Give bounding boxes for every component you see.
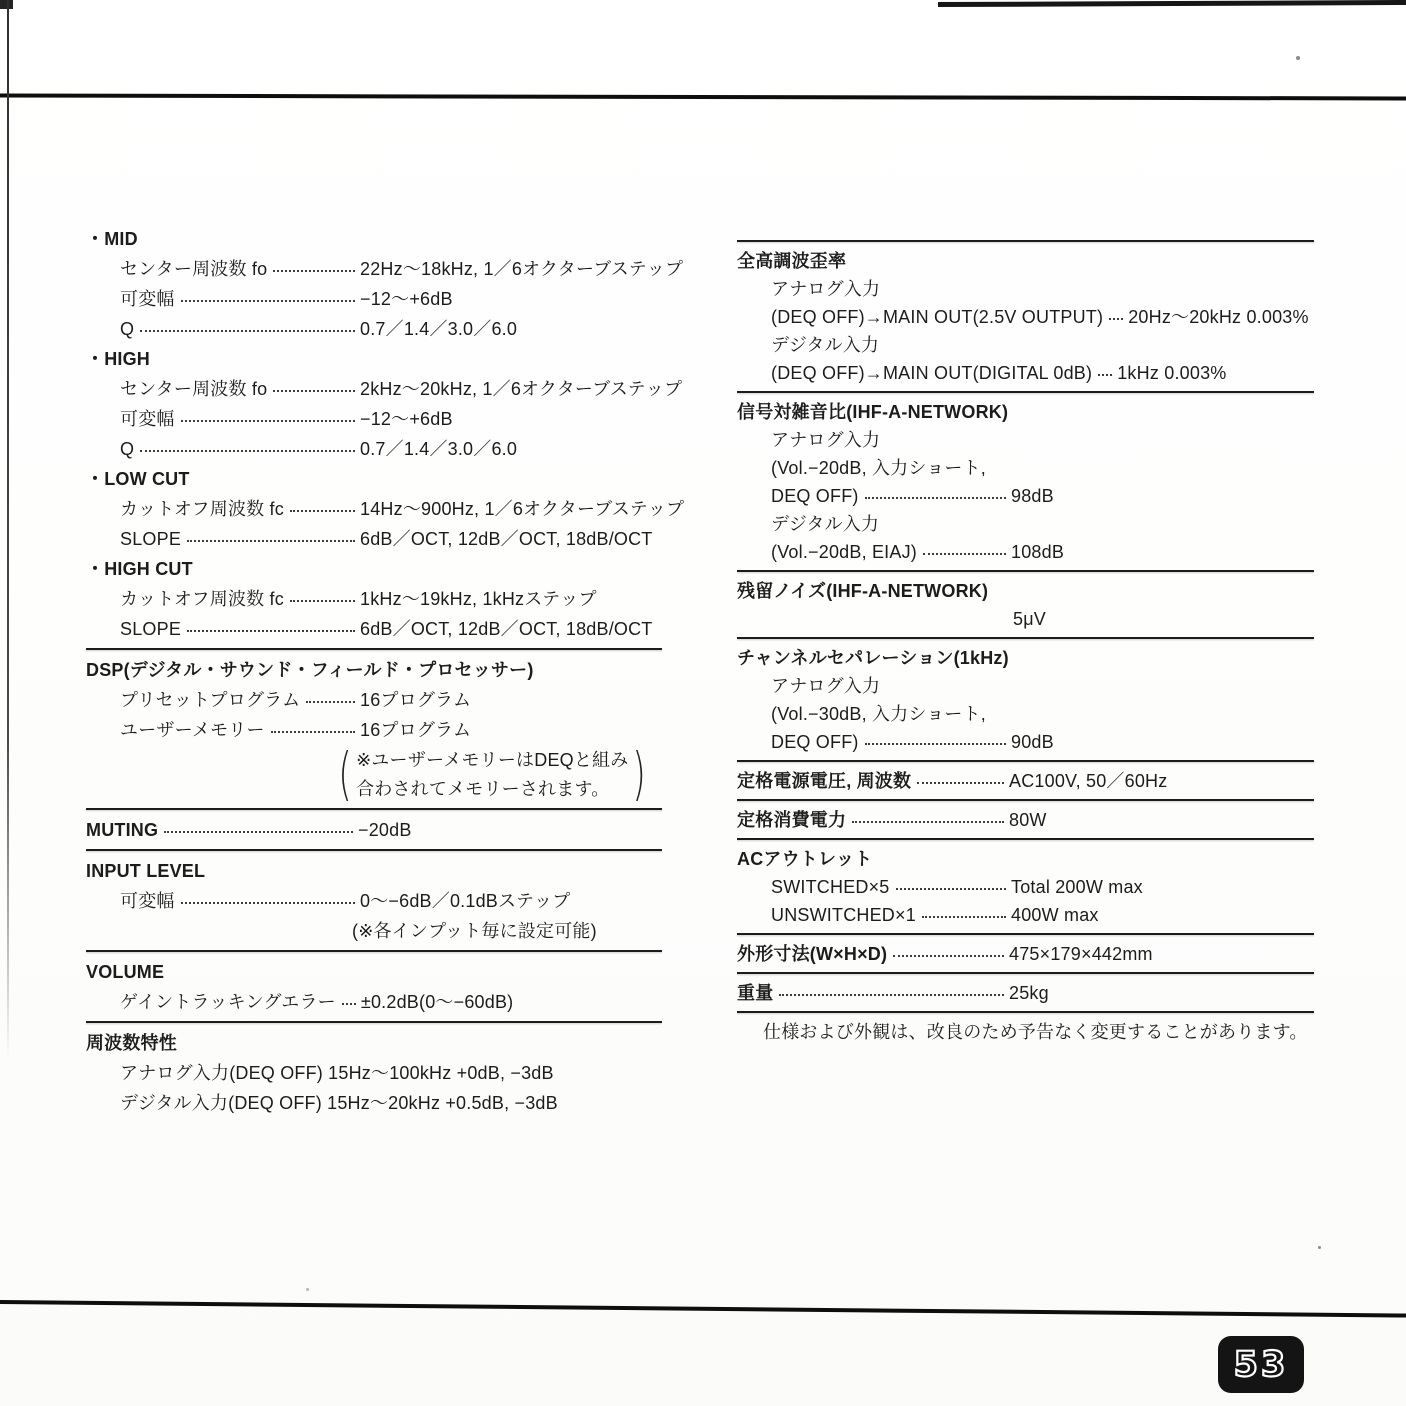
spec-note-row: (※各インプット毎に設定可能) bbox=[86, 916, 662, 946]
spec-label: (DEQ OFF)→MAIN OUT(2.5V OUTPUT) bbox=[771, 303, 1103, 331]
section-divider bbox=[737, 972, 1314, 974]
spec-text-row: (Vol.−20dB, 入力ショート, bbox=[737, 454, 1314, 482]
spec-page: ・MIDセンター周波数 fo22Hz〜18kHz, 1／6オクターブステップ可変… bbox=[0, 0, 1406, 1406]
section-heading: 全高調波歪率 bbox=[737, 247, 1314, 275]
page-number-badge: 53 bbox=[1218, 1336, 1304, 1393]
spec-row: センター周波数 fo22Hz〜18kHz, 1／6オクターブステップ bbox=[86, 254, 662, 284]
spec-value: 2kHz〜20kHz, 1／6オクターブステップ bbox=[360, 374, 682, 404]
spec-value: 16プログラム bbox=[360, 715, 471, 745]
spec-label-box: センター周波数 fo bbox=[120, 254, 360, 284]
paren-note-lines: ※ユーザーメモリーはDEQと組み合わされてメモリーされます。 bbox=[356, 746, 628, 804]
dot-leader bbox=[290, 600, 355, 602]
section-heading: 外形寸法(W×H×D) bbox=[737, 940, 887, 968]
section-heading-row: MUTING−20dB bbox=[86, 815, 662, 845]
section-divider bbox=[86, 849, 662, 851]
spec-label: UNSWITCHED×1 bbox=[771, 901, 916, 929]
dot-leader bbox=[273, 270, 355, 272]
heading-label: MUTING bbox=[86, 815, 358, 845]
spec-value: 0〜−6dB／0.1dBステップ bbox=[360, 886, 570, 916]
close-paren: ) bbox=[633, 746, 647, 803]
spec-label-box: (DEQ OFF)→MAIN OUT(2.5V OUTPUT) bbox=[771, 303, 1128, 331]
section-heading-row: 重量25kg bbox=[737, 979, 1314, 1007]
spec-text: アナログ入力(DEQ OFF) 15Hz〜100kHz +0dB, −3dB bbox=[120, 1058, 554, 1088]
heading-label: 定格消費電力 bbox=[737, 806, 1009, 834]
dot-leader bbox=[140, 450, 355, 452]
spec-value: 5μV bbox=[1013, 605, 1046, 633]
spec-note: (※各インプット毎に設定可能) bbox=[352, 916, 597, 946]
spec-value: 20Hz〜20kHz 0.003% bbox=[1128, 303, 1309, 331]
paren-note: (※ユーザーメモリーはDEQと組み合わされてメモリーされます。) bbox=[334, 746, 662, 804]
spec-row: UNSWITCHED×1400W max bbox=[737, 901, 1314, 929]
spec-row: カットオフ周波数 fc1kHz〜19kHz, 1kHzステップ bbox=[86, 584, 662, 614]
section-divider bbox=[737, 1011, 1314, 1013]
spec-value: 22Hz〜18kHz, 1／6オクターブステップ bbox=[360, 254, 683, 284]
left-column: ・MIDセンター周波数 fo22Hz〜18kHz, 1／6オクターブステップ可変… bbox=[86, 224, 662, 1118]
spec-label: SLOPE bbox=[120, 524, 181, 554]
section-heading: 定格消費電力 bbox=[737, 806, 846, 834]
spec-value: 108dB bbox=[1011, 538, 1064, 566]
spec-offset-row: 5μV bbox=[737, 605, 1314, 633]
spec-label-box: Q bbox=[120, 434, 360, 464]
spec-value: 25kg bbox=[1009, 979, 1049, 1007]
heading-label: 重量 bbox=[737, 979, 1009, 1007]
spec-label-box: ユーザーメモリー bbox=[120, 715, 360, 745]
spec-row: ユーザーメモリー16プログラム bbox=[86, 715, 662, 745]
dot-leader bbox=[865, 743, 1006, 745]
spec-label: プリセットプログラム bbox=[120, 685, 300, 715]
spec-row: (DEQ OFF)→MAIN OUT(2.5V OUTPUT)20Hz〜20kH… bbox=[737, 303, 1314, 331]
spec-label: SWITCHED×5 bbox=[771, 873, 890, 901]
spec-value: 0.7／1.4／3.0／6.0 bbox=[360, 434, 517, 464]
spec-label-box: SLOPE bbox=[120, 524, 360, 554]
spec-label-box: SWITCHED×5 bbox=[771, 873, 1011, 901]
spec-value: ±0.2dB(0〜−60dB) bbox=[361, 987, 513, 1017]
spec-label-box: カットオフ周波数 fc bbox=[120, 494, 360, 524]
spec-label-box: Q bbox=[120, 314, 360, 344]
spec-text-row: (Vol.−30dB, 入力ショート, bbox=[737, 700, 1314, 728]
spec-label: センター周波数 fo bbox=[120, 254, 267, 284]
page-number: 53 bbox=[1234, 1345, 1289, 1385]
section-divider bbox=[86, 648, 662, 650]
section-heading-row: 定格電源電圧, 周波数AC100V, 50／60Hz bbox=[737, 767, 1314, 795]
spec-label: カットオフ周波数 fc bbox=[120, 584, 284, 614]
spec-text-row: アナログ入力 bbox=[737, 672, 1314, 700]
footer-note: 仕様および外観は、改良のため予告なく変更することがあります。 bbox=[737, 1018, 1314, 1046]
spec-value: AC100V, 50／60Hz bbox=[1009, 767, 1167, 795]
spec-row: SLOPE6dB／OCT, 12dB／OCT, 18dB/OCT bbox=[86, 614, 662, 644]
paren-note-line: ※ユーザーメモリーはDEQと組み bbox=[356, 746, 628, 775]
spec-label-box: DEQ OFF) bbox=[771, 482, 1011, 510]
dot-leader bbox=[140, 330, 355, 332]
spec-row: SLOPE6dB／OCT, 12dB／OCT, 18dB/OCT bbox=[86, 524, 662, 554]
spec-text-row: デジタル入力 bbox=[737, 510, 1314, 538]
dot-leader bbox=[290, 510, 355, 512]
spec-value: 0.7／1.4／3.0／6.0 bbox=[360, 314, 517, 344]
dot-leader bbox=[181, 420, 355, 422]
section-heading: チャンネルセパレーション(1kHz) bbox=[737, 644, 1314, 672]
section-heading: 重量 bbox=[737, 979, 773, 1007]
section-heading: 残留ノイズ(IHF-A-NETWORK) bbox=[737, 577, 1314, 605]
section-heading: INPUT LEVEL bbox=[86, 856, 662, 886]
spec-label-box: 可変幅 bbox=[120, 404, 360, 434]
dot-leader bbox=[164, 831, 353, 833]
dot-leader bbox=[271, 731, 355, 733]
spec-label: (Vol.−20dB, EIAJ) bbox=[771, 538, 917, 566]
section-divider bbox=[737, 240, 1314, 242]
section-heading: 定格電源電圧, 周波数 bbox=[737, 767, 911, 795]
scan-edge-top-right bbox=[938, 0, 1406, 7]
section-divider bbox=[737, 799, 1314, 801]
page-bottom-rule bbox=[0, 1300, 1406, 1317]
spec-text-row: アナログ入力(DEQ OFF) 15Hz〜100kHz +0dB, −3dB bbox=[86, 1058, 662, 1088]
section-heading: 信号対雑音比(IHF-A-NETWORK) bbox=[737, 398, 1314, 426]
section-heading: VOLUME bbox=[86, 957, 662, 987]
spec-label-box: DEQ OFF) bbox=[771, 728, 1011, 756]
scan-edge-left bbox=[7, 0, 9, 1060]
section-heading: ACアウトレット bbox=[737, 845, 1314, 873]
dot-leader bbox=[181, 902, 355, 904]
section-divider bbox=[737, 637, 1314, 639]
section-heading-row: 定格消費電力80W bbox=[737, 806, 1314, 834]
section-heading-row: 外形寸法(W×H×D)475×179×442mm bbox=[737, 940, 1314, 968]
dot-leader bbox=[187, 630, 355, 632]
spec-row: センター周波数 fo2kHz〜20kHz, 1／6オクターブステップ bbox=[86, 374, 662, 404]
spec-value: 98dB bbox=[1011, 482, 1054, 510]
spec-value: 1kHz 0.003% bbox=[1117, 359, 1226, 387]
spec-text-row: デジタル入力(DEQ OFF) 15Hz〜20kHz +0.5dB, −3dB bbox=[86, 1088, 662, 1118]
dot-leader bbox=[1109, 318, 1123, 320]
spec-value: −20dB bbox=[358, 815, 412, 845]
dot-leader bbox=[852, 821, 1004, 823]
section-divider bbox=[86, 950, 662, 952]
spec-row: SWITCHED×5Total 200W max bbox=[737, 873, 1314, 901]
scan-speck bbox=[1318, 1246, 1321, 1249]
spec-label: ゲイントラッキングエラー bbox=[120, 987, 336, 1017]
spec-label-box: センター周波数 fo bbox=[120, 374, 360, 404]
dot-leader bbox=[896, 888, 1006, 890]
dot-leader bbox=[922, 916, 1006, 918]
spec-text-row: アナログ入力 bbox=[737, 426, 1314, 454]
heading-label: 外形寸法(W×H×D) bbox=[737, 940, 1009, 968]
dot-leader bbox=[187, 540, 355, 542]
section-heading: ・LOW CUT bbox=[86, 464, 662, 494]
spec-label: カットオフ周波数 fc bbox=[120, 494, 284, 524]
section-divider bbox=[737, 570, 1314, 572]
spec-text: デジタル入力(DEQ OFF) 15Hz〜20kHz +0.5dB, −3dB bbox=[120, 1088, 558, 1118]
spec-label: Q bbox=[120, 434, 134, 464]
open-paren: ( bbox=[338, 746, 352, 803]
section-heading: 周波数特性 bbox=[86, 1028, 662, 1058]
spec-text: デジタル入力 bbox=[771, 331, 879, 359]
section-divider bbox=[737, 933, 1314, 935]
spec-label: DEQ OFF) bbox=[771, 482, 859, 510]
spec-value: 1kHz〜19kHz, 1kHzステップ bbox=[360, 584, 597, 614]
spec-row: プリセットプログラム16プログラム bbox=[86, 685, 662, 715]
spec-value: Total 200W max bbox=[1011, 873, 1143, 901]
spec-value: 90dB bbox=[1011, 728, 1054, 756]
spec-text-row: アナログ入力 bbox=[737, 275, 1314, 303]
dot-leader bbox=[779, 994, 1004, 996]
spec-text: (Vol.−20dB, 入力ショート, bbox=[771, 454, 986, 482]
spec-value: 6dB／OCT, 12dB／OCT, 18dB/OCT bbox=[360, 614, 653, 644]
spec-value: −12〜+6dB bbox=[360, 404, 453, 434]
spec-label-box: プリセットプログラム bbox=[120, 685, 360, 715]
spec-label: 可変幅 bbox=[120, 404, 175, 434]
section-heading: ・MID bbox=[86, 224, 662, 254]
spec-row: ゲイントラッキングエラー±0.2dB(0〜−60dB) bbox=[86, 987, 662, 1017]
spec-label-box: (DEQ OFF)→MAIN OUT(DIGITAL 0dB) bbox=[771, 359, 1117, 387]
dot-leader bbox=[917, 782, 1004, 784]
dot-leader bbox=[273, 390, 355, 392]
right-column: 全高調波歪率アナログ入力(DEQ OFF)→MAIN OUT(2.5V OUTP… bbox=[737, 236, 1314, 1046]
spec-row: Q0.7／1.4／3.0／6.0 bbox=[86, 434, 662, 464]
spec-row: Q0.7／1.4／3.0／6.0 bbox=[86, 314, 662, 344]
spec-label-box: UNSWITCHED×1 bbox=[771, 901, 1011, 929]
spec-value: 6dB／OCT, 12dB／OCT, 18dB/OCT bbox=[360, 524, 653, 554]
spec-value: −12〜+6dB bbox=[360, 284, 453, 314]
spec-text: アナログ入力 bbox=[771, 672, 880, 700]
spec-label-box: (Vol.−20dB, EIAJ) bbox=[771, 538, 1011, 566]
dot-leader bbox=[1098, 374, 1112, 376]
dot-leader bbox=[923, 553, 1006, 555]
spec-row: 可変幅−12〜+6dB bbox=[86, 404, 662, 434]
section-divider bbox=[86, 808, 662, 810]
page-top-rule bbox=[0, 94, 1406, 101]
spec-label: センター周波数 fo bbox=[120, 374, 267, 404]
dot-leader bbox=[181, 300, 355, 302]
spec-value: 80W bbox=[1009, 806, 1047, 834]
spec-label-box: 可変幅 bbox=[120, 886, 360, 916]
section-divider bbox=[86, 1021, 662, 1023]
scan-speck bbox=[306, 1288, 309, 1291]
spec-label: DEQ OFF) bbox=[771, 728, 859, 756]
section-heading: DSP(デジタル・サウンド・フィールド・プロセッサー) bbox=[86, 655, 662, 685]
section-heading: ・HIGH bbox=[86, 344, 662, 374]
spec-label: 可変幅 bbox=[120, 886, 175, 916]
dot-leader bbox=[306, 701, 355, 703]
spec-label: Q bbox=[120, 314, 134, 344]
spec-text: アナログ入力 bbox=[771, 426, 880, 454]
spec-row: カットオフ周波数 fc14Hz〜900Hz, 1／6オクターブステップ bbox=[86, 494, 662, 524]
spec-value: 16プログラム bbox=[360, 685, 471, 715]
spec-row: 可変幅−12〜+6dB bbox=[86, 284, 662, 314]
spec-label: (DEQ OFF)→MAIN OUT(DIGITAL 0dB) bbox=[771, 359, 1092, 387]
section-heading: MUTING bbox=[86, 815, 158, 845]
spec-value: 400W max bbox=[1011, 901, 1099, 929]
spec-value: 14Hz〜900Hz, 1／6オクターブステップ bbox=[360, 494, 684, 524]
spec-row: 可変幅0〜−6dB／0.1dBステップ bbox=[86, 886, 662, 916]
spec-row: DEQ OFF)98dB bbox=[737, 482, 1314, 510]
scan-speck bbox=[1296, 56, 1300, 60]
dot-leader bbox=[865, 497, 1006, 499]
spec-row: (Vol.−20dB, EIAJ)108dB bbox=[737, 538, 1314, 566]
spec-text: デジタル入力 bbox=[771, 510, 879, 538]
spec-text-row: デジタル入力 bbox=[737, 331, 1314, 359]
spec-label: 可変幅 bbox=[120, 284, 175, 314]
spec-row: (DEQ OFF)→MAIN OUT(DIGITAL 0dB)1kHz 0.00… bbox=[737, 359, 1314, 387]
spec-label-box: SLOPE bbox=[120, 614, 360, 644]
spec-label-box: ゲイントラッキングエラー bbox=[120, 987, 361, 1017]
dot-leader bbox=[342, 1003, 356, 1005]
paren-note-line: 合わされてメモリーされます。 bbox=[356, 775, 628, 804]
spec-text: (Vol.−30dB, 入力ショート, bbox=[771, 700, 986, 728]
section-divider bbox=[737, 760, 1314, 762]
spec-row: DEQ OFF)90dB bbox=[737, 728, 1314, 756]
spec-label: ユーザーメモリー bbox=[120, 715, 265, 745]
section-divider bbox=[737, 838, 1314, 840]
spec-label-box: 可変幅 bbox=[120, 284, 360, 314]
section-heading: ・HIGH CUT bbox=[86, 554, 662, 584]
spec-value: 475×179×442mm bbox=[1009, 940, 1153, 968]
section-divider bbox=[737, 391, 1314, 393]
spec-text: アナログ入力 bbox=[771, 275, 880, 303]
dot-leader bbox=[893, 955, 1004, 957]
spec-label: SLOPE bbox=[120, 614, 181, 644]
spec-label-box: カットオフ周波数 fc bbox=[120, 584, 360, 614]
heading-label: 定格電源電圧, 周波数 bbox=[737, 767, 1009, 795]
